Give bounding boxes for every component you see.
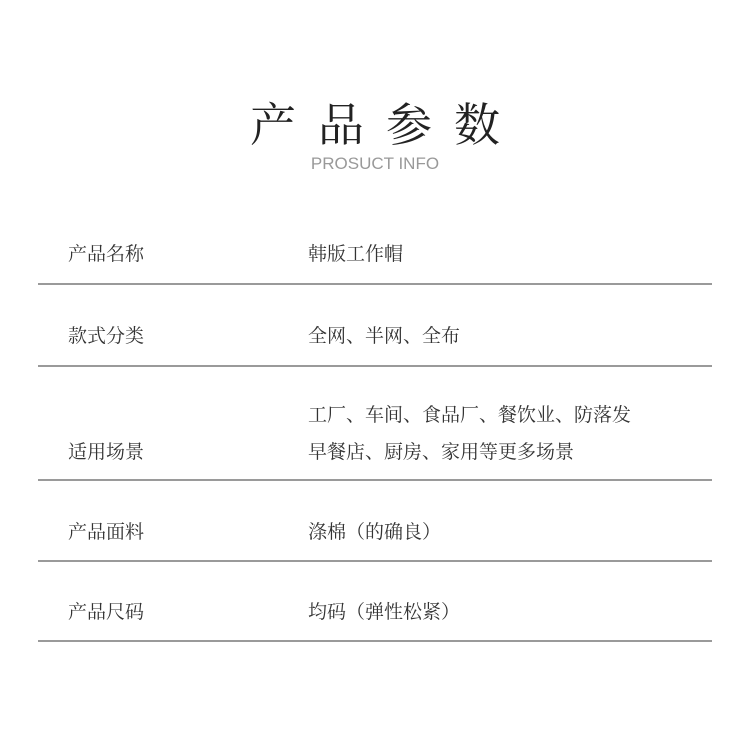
param-value-line: 均码（弹性松紧）	[308, 600, 460, 637]
param-value-line: 早餐店、厨房、家用等更多场景	[308, 440, 631, 477]
param-value-line: 全网、半网、全布	[308, 324, 460, 361]
param-value: 韩版工作帽	[308, 242, 403, 279]
param-value: 涤棉（的确良）	[308, 520, 441, 557]
param-label: 产品面料	[68, 520, 144, 544]
param-row-name: 产品名称 韩版工作帽	[38, 200, 712, 285]
param-row-material: 产品面料 涤棉（的确良）	[38, 481, 712, 562]
param-row-size: 产品尺码 均码（弹性松紧）	[38, 562, 712, 642]
param-label: 适用场景	[68, 440, 144, 464]
param-value-line: 工厂、车间、食品厂、餐饮业、防落发	[308, 403, 631, 440]
param-value-line: 涤棉（的确良）	[308, 520, 441, 557]
param-value-line: 韩版工作帽	[308, 242, 403, 279]
param-row-style: 款式分类 全网、半网、全布	[38, 285, 712, 367]
param-label: 产品名称	[68, 242, 144, 266]
param-value: 工厂、车间、食品厂、餐饮业、防落发 早餐店、厨房、家用等更多场景	[308, 403, 631, 477]
page-title: 产品参数	[0, 98, 750, 152]
page-subtitle: PROSUCT INFO	[0, 154, 750, 174]
param-label: 产品尺码	[68, 600, 144, 624]
param-label: 款式分类	[68, 324, 144, 348]
param-row-scenarios: 适用场景 工厂、车间、食品厂、餐饮业、防落发 早餐店、厨房、家用等更多场景	[38, 367, 712, 481]
param-value: 全网、半网、全布	[308, 324, 460, 361]
param-value: 均码（弹性松紧）	[308, 600, 460, 637]
